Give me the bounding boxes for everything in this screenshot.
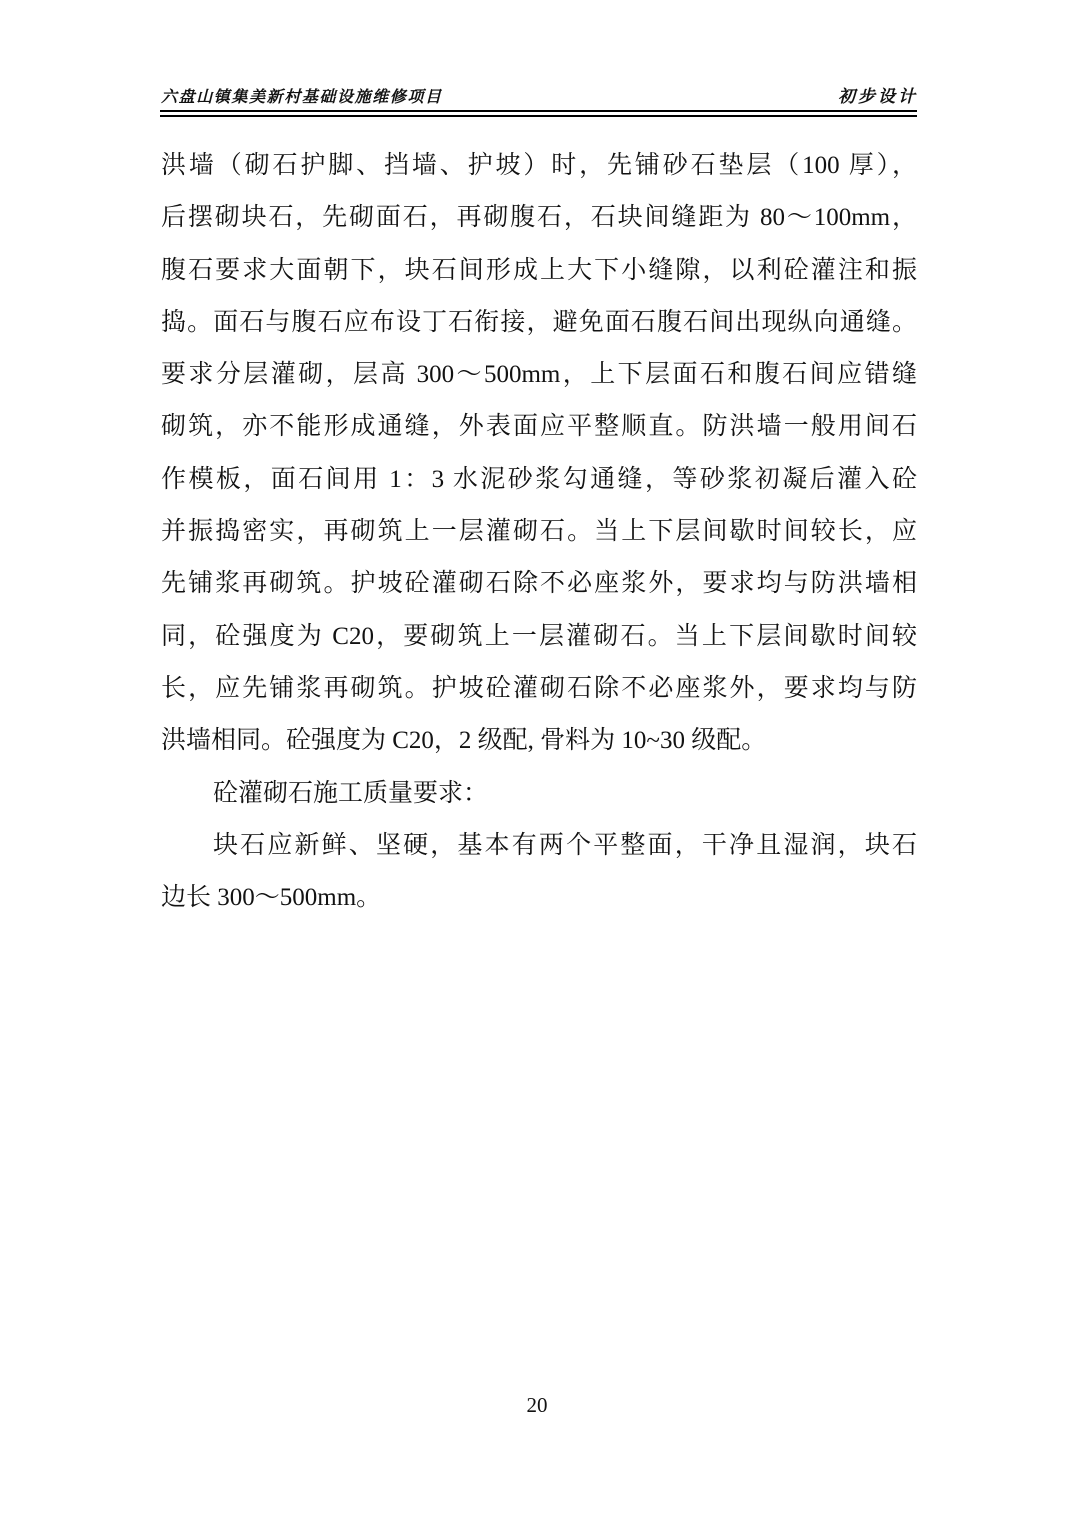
body-text: 洪墙（砌石护脚、挡墙、护坡）时，先铺砂石垫层（100 厚）， 后摆砌块石，先砌面…: [161, 140, 917, 924]
body-line-15: 边长 300～500mm。: [161, 872, 917, 924]
body-line-1: 洪墙（砌石护脚、挡墙、护坡）时，先铺砂石垫层（100 厚），: [161, 140, 917, 192]
body-line-9: 先铺浆再砌筑。护坡砼灌砌石除不必座浆外，要求均与防洪墙相: [161, 558, 917, 610]
page-number: 20: [527, 1393, 548, 1417]
header-project-title: 六盘山镇集美新村基础设施维修项目: [161, 84, 443, 107]
body-line-4: 捣。面石与腹石应布设丁石衔接，避免面石腹石间出现纵向通缝。: [161, 297, 917, 349]
body-line-3: 腹石要求大面朝下，块石间形成上大下小缝隙，以利砼灌注和振: [161, 245, 917, 297]
body-line-8: 并振捣密实，再砌筑上一层灌砌石。当上下层间歇时间较长，应: [161, 506, 917, 558]
body-line-14: 块石应新鲜、坚硬，基本有两个平整面，干净且湿润，块石: [161, 820, 917, 872]
body-line-2: 后摆砌块石，先砌面石，再砌腹石，石块间缝距为 80～100mm，: [161, 192, 917, 244]
body-line-7: 作模板，面石间用 1：3 水泥砂浆勾通缝，等砂浆初凝后灌入砼: [161, 454, 917, 506]
body-line-11: 长，应先铺浆再砌筑。护坡砼灌砌石除不必座浆外，要求均与防: [161, 663, 917, 715]
body-line-13: 砼灌砌石施工质量要求：: [161, 768, 917, 820]
header-double-rule: [160, 110, 917, 117]
body-line-6: 砌筑，亦不能形成通缝，外表面应平整顺直。防洪墙一般用间石: [161, 401, 917, 453]
page-footer: 20: [0, 1393, 1074, 1418]
document-page: 六盘山镇集美新村基础设施维修项目 初步设计 洪墙（砌石护脚、挡墙、护坡）时，先铺…: [0, 0, 1074, 1520]
body-line-5: 要求分层灌砌，层高 300～500mm，上下层面石和腹石间应错缝: [161, 349, 917, 401]
body-line-10: 同，砼强度为 C20，要砌筑上一层灌砌石。当上下层间歇时间较: [161, 611, 917, 663]
body-line-12: 洪墙相同。砼强度为 C20，2 级配, 骨料为 10~30 级配。: [161, 715, 917, 767]
page-header: 六盘山镇集美新村基础设施维修项目 初步设计: [161, 82, 918, 107]
header-doc-stage: 初步设计: [838, 82, 918, 107]
